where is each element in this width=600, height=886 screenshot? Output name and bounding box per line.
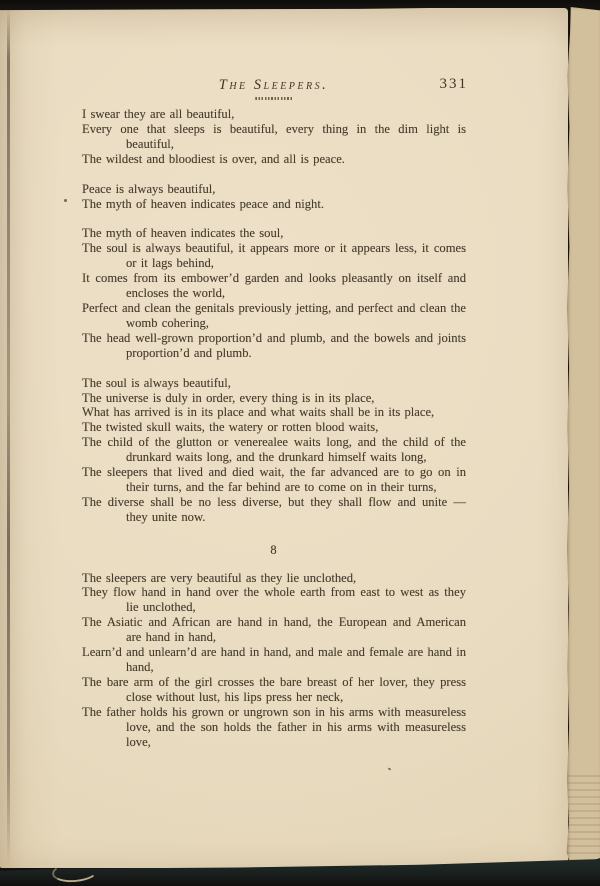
poem-line: It comes from its embower’d garden and l… xyxy=(82,271,466,301)
poem-body: I swear they are all beautiful,Every one… xyxy=(82,107,466,749)
poem-line: What has arrived is in its place and wha… xyxy=(82,405,466,420)
poem-line: The wildest and bloodiest is over, and a… xyxy=(82,152,466,167)
running-title: The Sleepers. xyxy=(219,77,329,93)
poem-line: The universe is duly in order, every thi… xyxy=(82,391,466,406)
book-photo: The Sleepers. 331 I swear they are all b… xyxy=(0,0,600,886)
title-rule xyxy=(255,97,292,100)
page-edge-strip xyxy=(566,7,600,865)
ink-speck xyxy=(388,767,392,770)
poem-line: The father holds his grown or ungrown so… xyxy=(82,705,466,750)
poem-line: Peace is always beautiful, xyxy=(82,182,466,197)
poem-line: The Asiatic and African are hand in hand… xyxy=(82,615,466,645)
poem-line: I swear they are all beautiful, xyxy=(82,107,466,122)
poem-line: The soul is always beautiful, it appears… xyxy=(82,241,466,271)
stanza: The soul is always beautiful,The univers… xyxy=(82,376,466,525)
poem-line: They flow hand in hand over the whole ea… xyxy=(82,585,466,615)
stanza: I swear they are all beautiful,Every one… xyxy=(82,107,466,167)
poem-line: Every one that sleeps is beautiful, ever… xyxy=(82,122,466,152)
poem-line: The diverse shall be no less diverse, bu… xyxy=(82,495,466,525)
ink-speck xyxy=(64,199,67,202)
gutter-shadow xyxy=(7,8,10,868)
poem-line: Learn’d and unlearn’d are hand in hand, … xyxy=(82,645,466,675)
section-number: 8 xyxy=(82,543,466,558)
running-title-block: The Sleepers. xyxy=(219,76,329,100)
poem-line: Perfect and clean the genitals previousl… xyxy=(82,301,466,331)
poem-line: The sleepers that lived and died wait, t… xyxy=(82,465,466,495)
page-header: The Sleepers. 331 xyxy=(82,76,465,110)
book-page: The Sleepers. 331 I swear they are all b… xyxy=(0,8,568,868)
stanza: The myth of heaven indicates the soul,Th… xyxy=(82,226,466,360)
poem-line: The myth of heaven indicates the soul, xyxy=(82,226,466,241)
poem-line: The child of the glutton or venerealee w… xyxy=(82,435,466,465)
poem-line: The head well-grown proportion’d and plu… xyxy=(82,331,466,361)
page-number: 331 xyxy=(440,76,469,93)
poem-line: The twisted skull waits, the watery or r… xyxy=(82,420,466,435)
poem-line: The sleepers are very beautiful as they … xyxy=(82,571,466,586)
stanza: The sleepers are very beautiful as they … xyxy=(82,571,466,750)
poem-line: The soul is always beautiful, xyxy=(82,376,466,391)
poem-line: The myth of heaven indicates peace and n… xyxy=(82,197,466,212)
stanza: Peace is always beautiful,The myth of he… xyxy=(82,182,466,212)
poem-line: The bare arm of the girl crosses the bar… xyxy=(82,675,466,705)
